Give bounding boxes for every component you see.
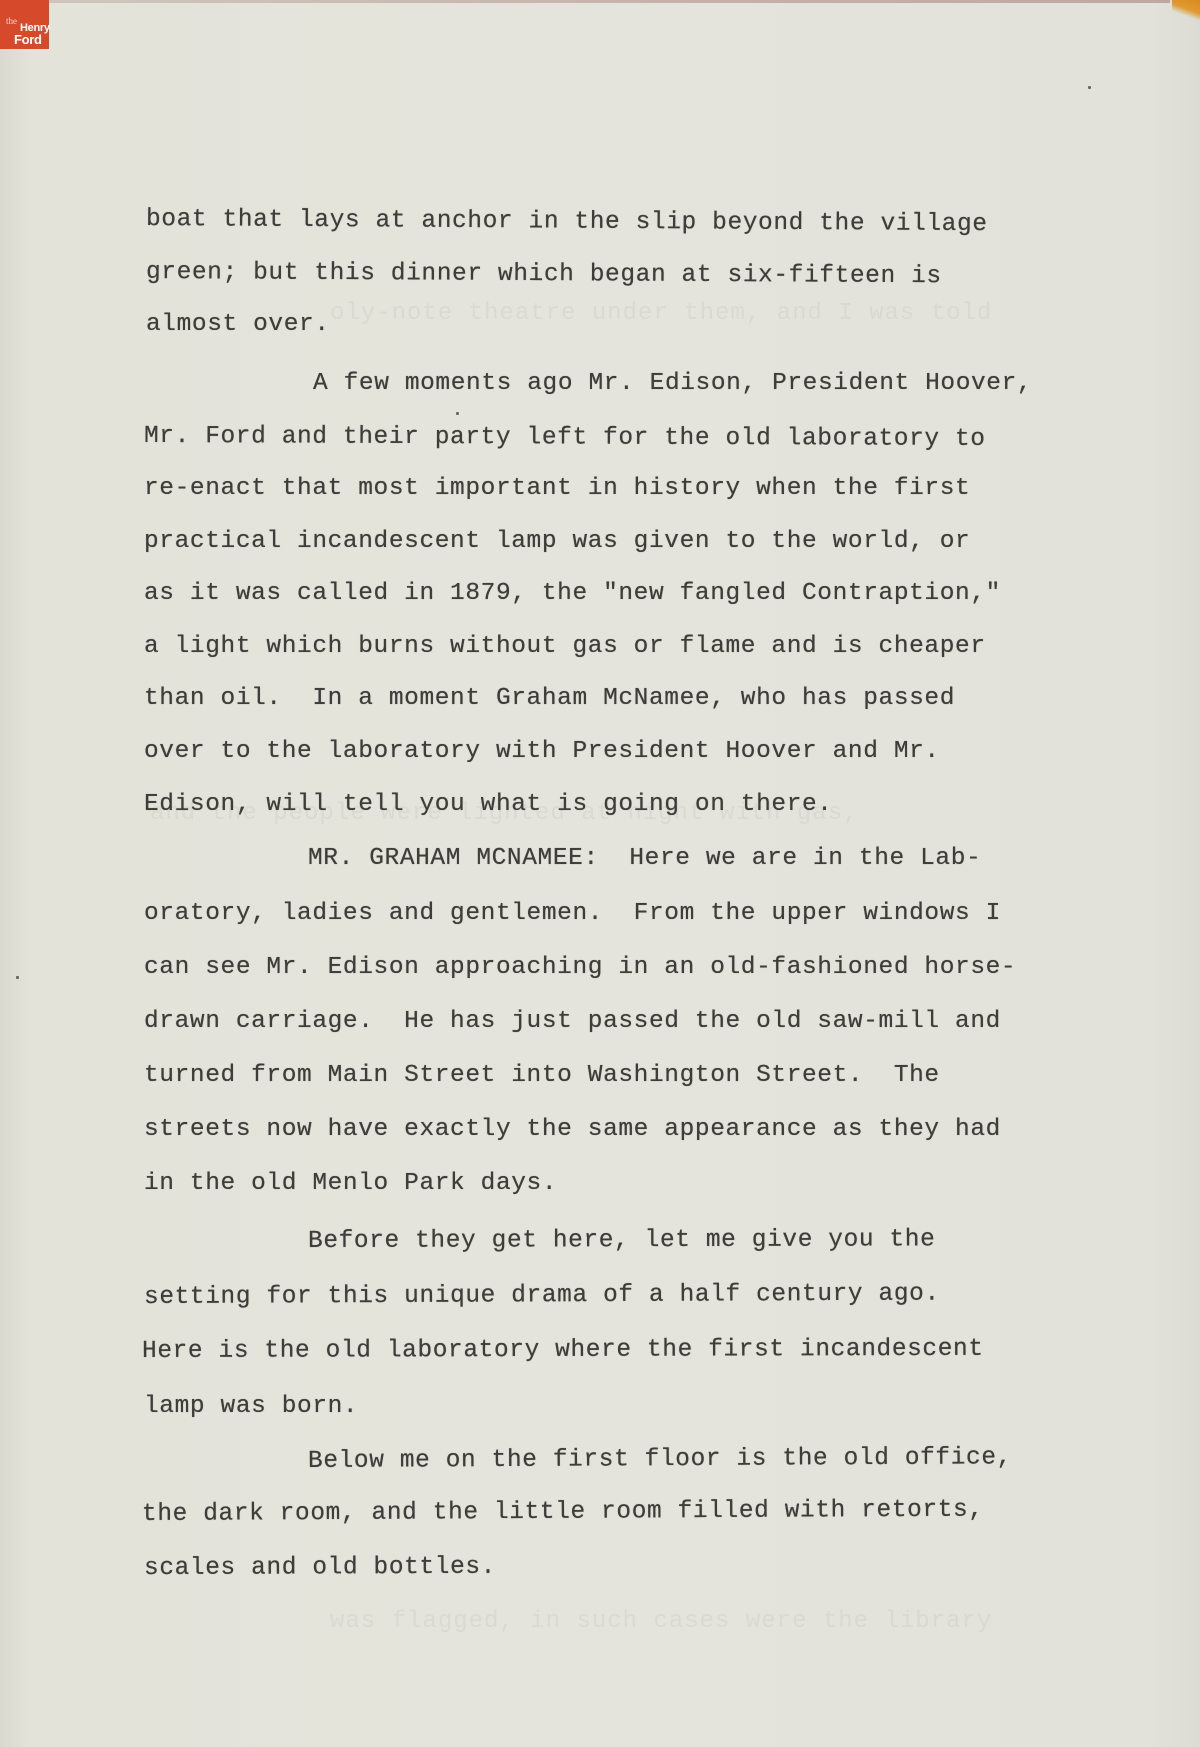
text-line: over to the laboratory with President Ho…: [144, 738, 940, 765]
henry-ford-logo: the Henry Ford: [0, 0, 49, 49]
text-line: Edison, will tell you what is going on t…: [144, 791, 833, 818]
text-line: A few moments ago Mr. Edison, President …: [313, 370, 1032, 397]
text-line: Before they get here, let me give you th…: [308, 1226, 935, 1255]
text-line: Here is the old laboratory where the fir…: [142, 1336, 984, 1365]
text-line: green; but this dinner which began at si…: [146, 259, 942, 290]
page-corner-accent: [1172, 0, 1200, 20]
logo-ford: Ford: [14, 33, 42, 46]
text-line: as it was called in 1879, the "new fangl…: [144, 580, 1001, 607]
text-line: can see Mr. Edison approaching in an old…: [144, 954, 1016, 981]
text-line: a light which burns without gas or flame…: [144, 633, 986, 660]
text-line: scales and old bottles.: [144, 1554, 496, 1582]
text-line: oratory, ladies and gentlemen. From the …: [144, 900, 1001, 927]
paper-speck: [1088, 86, 1091, 89]
text-line: almost over.: [146, 311, 330, 338]
page-top-edge: [40, 0, 1170, 3]
bleed-through-text: oly-note theatre under them, and I was t…: [330, 300, 992, 327]
logo-the: the: [6, 17, 17, 26]
text-line: streets now have exactly the same appear…: [144, 1116, 1001, 1143]
text-line: practical incandescent lamp was given to…: [144, 528, 970, 555]
text-line: lamp was born.: [144, 1393, 358, 1420]
document-page: the Henry Ford oly-note theatre under th…: [0, 0, 1200, 1747]
text-line: Mr. Ford and their party left for the ol…: [144, 423, 986, 453]
text-line: boat that lays at anchor in the slip bey…: [146, 206, 988, 238]
paper-speck: [456, 412, 459, 415]
text-line: turned from Main Street into Washington …: [144, 1062, 940, 1089]
speaker-line: MR. GRAHAM MCNAMEE: Here we are in the L…: [308, 845, 981, 872]
paper-speck: [16, 976, 19, 979]
text-line: in the old Menlo Park days.: [144, 1170, 557, 1197]
text-line: setting for this unique drama of a half …: [144, 1281, 940, 1311]
bleed-through-text: was flagged, in such cases were the libr…: [330, 1608, 992, 1635]
text-line: Below me on the first floor is the old o…: [308, 1444, 1012, 1475]
text-line: re-enact that most important in history …: [144, 475, 970, 502]
text-line: drawn carriage. He has just passed the o…: [144, 1008, 1001, 1035]
text-line: the dark room, and the little room fille…: [142, 1497, 984, 1528]
text-line: than oil. In a moment Graham McNamee, wh…: [144, 685, 955, 712]
